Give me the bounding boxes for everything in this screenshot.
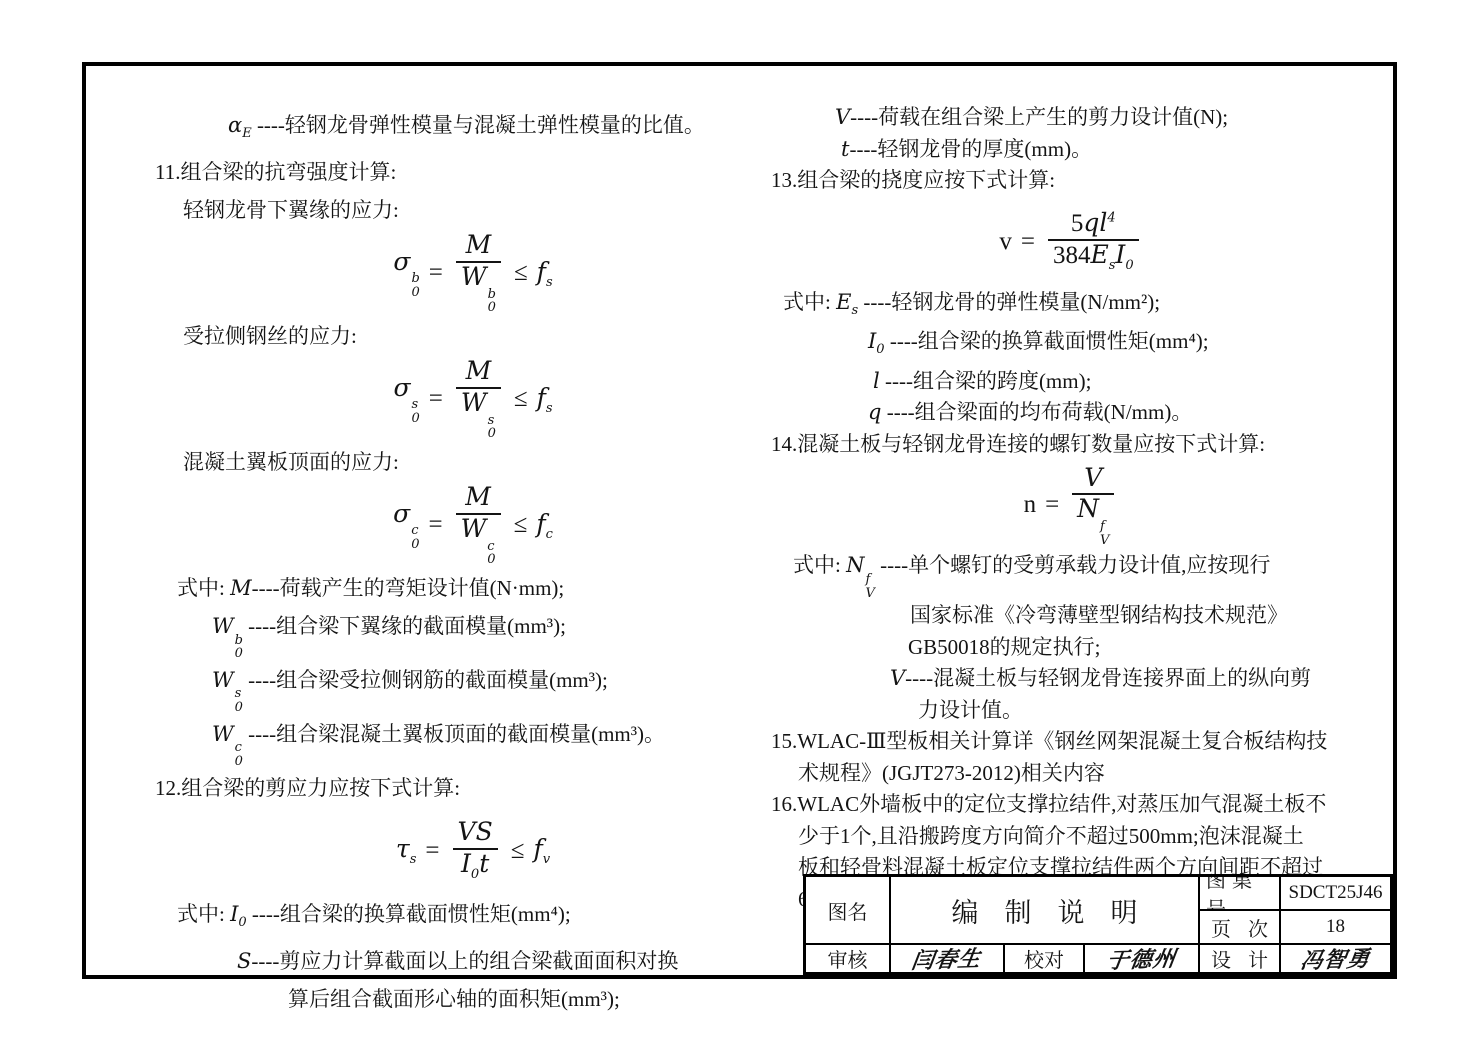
- text-run: ----轻钢龙骨的厚度(mm)。: [849, 137, 1092, 161]
- text-run: 5: [1071, 210, 1084, 237]
- comparison-sign: ≤: [514, 259, 528, 287]
- math-symbol: q: [1083, 208, 1099, 237]
- math-symbol: q: [868, 400, 881, 424]
- math-symbol: αE: [228, 113, 252, 137]
- signature-text: 冯智勇: [1299, 945, 1373, 972]
- math-symbol: t: [479, 849, 489, 878]
- text-line: V----混凝土板与轻钢龙骨连接界面上的纵向剪: [890, 663, 1374, 695]
- comparison-sign: ≤: [514, 385, 528, 413]
- designer-signature: 冯智勇: [1281, 945, 1390, 972]
- text-run: 受拉侧钢丝的应力:: [183, 324, 357, 348]
- text-run: ----混凝土板与轻钢龙骨连接界面上的纵向剪: [905, 666, 1311, 690]
- math-symbol: τs: [396, 834, 417, 867]
- drawing-title: 编制说明: [891, 877, 1200, 945]
- text-line: t----轻钢龙骨的厚度(mm)。: [841, 134, 1374, 166]
- text-run: 国家标准《冷弯薄壁型钢结构技术规范》: [910, 603, 1288, 627]
- equals-sign: =: [1021, 228, 1035, 256]
- math-symbol: fv: [533, 834, 550, 867]
- math-symbol: Es: [836, 290, 858, 314]
- text-line: 式中: NfV ----单个螺钉的受剪承载力设计值,应按现行: [793, 550, 1374, 600]
- math-symbol: Ws0: [461, 388, 496, 417]
- right-text-column: V----荷载在组合梁上产生的剪力设计值(N);t----轻钢龙骨的厚度(mm)…: [768, 102, 1374, 915]
- math-symbol: Es: [1091, 240, 1116, 269]
- text-line: 11.组合梁的抗弯强度计算:: [155, 153, 796, 191]
- text-run: ----荷载产生的弯矩设计值(N·mm);: [252, 576, 565, 600]
- math-symbol: σs0: [393, 373, 419, 426]
- text-run: 少于1个,且沿搬跨度方向简介不超过500mm;泡沫混凝土: [798, 824, 1304, 848]
- drawing-frame: αE ----轻钢龙骨弹性模量与混凝土弹性模量的比值。11.组合梁的抗弯强度计算…: [82, 62, 1397, 979]
- text-run: 式中:: [793, 553, 846, 577]
- text-run: 384: [1053, 242, 1091, 269]
- text-line: 国家标准《冷弯薄壁型钢结构技术规范》: [910, 600, 1374, 632]
- text-line: 15.WLAC-Ⅲ型板相关计算详《钢丝网架混凝土复合板结构技: [771, 726, 1374, 758]
- text-line: Wc0 ----组合梁混凝土翼板顶面的截面模量(mm³)。: [212, 715, 796, 769]
- math-symbol: l: [873, 369, 880, 393]
- text-line: 13.组合梁的挠度应按下式计算:: [771, 165, 1374, 197]
- text-run: ----单个螺钉的受剪承载力设计值,应按现行: [875, 553, 1270, 577]
- text-run: ----轻钢龙骨弹性模量与混凝土弹性模量的比值。: [252, 113, 705, 137]
- text-run: 式中:: [783, 290, 836, 314]
- text-line: Wb0 ----组合梁下翼缘的截面模量(mm³);: [212, 607, 796, 661]
- text-run: ----组合梁的跨度(mm);: [880, 369, 1092, 393]
- math-symbol: Ws0: [212, 668, 243, 692]
- page-number-value: 18: [1281, 911, 1390, 945]
- text-line: I0 ----组合梁的换算截面惯性矩(mm⁴);: [868, 326, 1374, 366]
- fraction: 5ql4384EsI0: [1048, 209, 1139, 274]
- text-run: 13.组合梁的挠度应按下式计算:: [771, 168, 1055, 192]
- math-symbol: I0: [230, 902, 247, 926]
- text-run: 轻钢龙骨下翼缘的应力:: [183, 198, 399, 222]
- text-line: 12.组合梁的剪应力应按下式计算:: [155, 769, 796, 807]
- left-text-column: αE ----轻钢龙骨弹性模量与混凝土弹性模量的比值。11.组合梁的抗弯强度计算…: [150, 106, 796, 1018]
- text-run: 式中:: [177, 902, 230, 926]
- math-symbol: M: [466, 356, 492, 385]
- math-symbol: fc: [536, 509, 553, 542]
- page: { "page": { "background": "#ffffff", "fr…: [0, 0, 1477, 1039]
- text-run: 式中:: [177, 576, 230, 600]
- text-run: 16.WLAC外墙板中的定位支撑拉结件,对蒸压加气混凝土板不: [771, 792, 1326, 816]
- math-symbol: I0: [868, 329, 885, 353]
- math-symbol: σc0: [393, 499, 419, 552]
- formula: n=VNfV: [768, 469, 1374, 541]
- text-run: 12.组合梁的剪应力应按下式计算:: [155, 776, 460, 800]
- text-run: 11.组合梁的抗弯强度计算:: [155, 160, 396, 184]
- equals-sign: =: [428, 511, 442, 539]
- math-symbol: Wb0: [461, 262, 496, 291]
- atlas-number-value: SDCT25J46: [1281, 877, 1390, 911]
- text-run: 15.WLAC-Ⅲ型板相关计算详《钢丝网架混凝土复合板结构技: [771, 729, 1327, 753]
- math-symbol: Wc0: [212, 722, 243, 746]
- proofreader-label: 校对: [1005, 945, 1085, 972]
- math-symbol: fs: [537, 257, 553, 290]
- text-run: ----组合梁的换算截面惯性矩(mm⁴);: [247, 902, 571, 926]
- math-symbol: Wb0: [212, 614, 243, 638]
- math-symbol: Wc0: [461, 514, 496, 543]
- text-run: 术规程》(JGJT273-2012)相关内容: [798, 761, 1105, 785]
- equals-sign: =: [429, 385, 443, 413]
- text-line: 力设计值。: [918, 695, 1374, 727]
- text-run: ----组合梁混凝土翼板顶面的截面模量(mm³)。: [243, 722, 665, 746]
- math-symbol: NfV: [1077, 494, 1109, 523]
- text-line: 式中: M----荷载产生的弯矩设计值(N·mm);: [177, 569, 796, 607]
- math-symbol: I0: [1115, 240, 1133, 269]
- text-line: q ----组合梁面的均布荷载(N/mm)。: [868, 397, 1374, 429]
- math-symbol: fs: [537, 383, 553, 416]
- text-line: 式中: Es ----轻钢龙骨的弹性模量(N/mm²);: [783, 287, 1374, 327]
- text-run: ----荷载在组合梁上产生的剪力设计值(N);: [850, 105, 1228, 129]
- formula: σb0=MWb0≤fs: [150, 236, 796, 310]
- comparison-sign: ≤: [514, 511, 528, 539]
- text-line: S----剪应力计算截面以上的组合梁截面面积对换: [237, 942, 796, 980]
- math-symbol: V: [890, 666, 905, 690]
- text-line: 16.WLAC外墙板中的定位支撑拉结件,对蒸压加气混凝土板不: [771, 789, 1374, 821]
- drawing-name-label: 图名: [806, 877, 891, 945]
- math-symbol: NfV: [846, 553, 875, 577]
- atlas-number-label: 图集号: [1200, 877, 1281, 911]
- text-line: 式中: I0 ----组合梁的换算截面惯性矩(mm⁴);: [177, 895, 796, 942]
- math-symbol: σb0: [393, 247, 419, 300]
- text-run: n: [1024, 491, 1037, 519]
- text-run: ----组合梁的换算截面惯性矩(mm⁴);: [885, 329, 1209, 353]
- comparison-sign: ≤: [511, 837, 525, 865]
- reviewer-label: 审核: [806, 945, 891, 972]
- math-symbol: S: [237, 949, 251, 973]
- text-line: V----荷载在组合梁上产生的剪力设计值(N);: [835, 102, 1374, 134]
- text-run: GB50018的规定执行;: [908, 635, 1101, 659]
- text-line: 受拉侧钢丝的应力:: [183, 317, 796, 355]
- text-run: 14.混凝土板与轻钢龙骨连接的螺钉数量应按下式计算:: [771, 432, 1265, 456]
- text-line: Ws0 ----组合梁受拉侧钢筋的截面模量(mm³);: [212, 661, 796, 715]
- reviewer-signature: 闫春生: [891, 945, 1005, 972]
- text-line: 14.混凝土板与轻钢龙骨连接的螺钉数量应按下式计算:: [771, 429, 1374, 461]
- text-line: 少于1个,且沿搬跨度方向简介不超过500mm;泡沫混凝土: [798, 821, 1374, 853]
- text-run: ----组合梁面的均布荷载(N/mm)。: [881, 400, 1192, 424]
- text-run: v: [999, 228, 1012, 256]
- math-symbol: M: [230, 576, 252, 600]
- math-symbol: l4: [1099, 208, 1115, 237]
- math-symbol: VS: [458, 817, 493, 846]
- text-line: 术规程》(JGJT273-2012)相关内容: [798, 758, 1374, 790]
- text-line: GB50018的规定执行;: [908, 632, 1374, 664]
- signature-text: 闫春生: [910, 945, 984, 972]
- text-line: 混凝土翼板顶面的应力:: [183, 443, 796, 481]
- text-line: l ----组合梁的跨度(mm);: [873, 366, 1374, 398]
- text-run: 力设计值。: [918, 698, 1023, 722]
- text-line: 轻钢龙骨下翼缘的应力:: [183, 191, 796, 229]
- fraction: VNfV: [1072, 464, 1114, 548]
- text-run: ----剪应力计算截面以上的组合梁截面面积对换: [251, 949, 678, 973]
- proofreader-signature: 于德州: [1085, 945, 1200, 972]
- equals-sign: =: [1045, 491, 1059, 519]
- text-run: ----组合梁下翼缘的截面模量(mm³);: [243, 614, 566, 638]
- math-symbol: V: [835, 105, 850, 129]
- formula: σc0=MWc0≤fc: [150, 488, 796, 562]
- fraction: MWb0: [456, 231, 501, 315]
- formula: v=5ql4384EsI0: [768, 206, 1374, 278]
- text-line: αE ----轻钢龙骨弹性模量与混凝土弹性模量的比值。: [228, 106, 796, 153]
- equals-sign: =: [429, 259, 443, 287]
- fraction: MWs0: [456, 357, 501, 441]
- designer-label: 设 计: [1200, 945, 1281, 972]
- page-number-label: 页 次: [1200, 911, 1281, 945]
- signature-text: 于德州: [1105, 945, 1179, 972]
- fraction: VSI0t: [453, 818, 498, 883]
- text-line: 算后组合截面形心轴的面积矩(mm³);: [288, 980, 796, 1018]
- math-symbol: I0: [461, 849, 479, 878]
- text-run: 算后组合截面形心轴的面积矩(mm³);: [288, 987, 620, 1011]
- math-symbol: M: [466, 230, 492, 259]
- title-block-table: 图名 编制说明 图集号 SDCT25J46 页 次 18 审核 闫春生 校对 于…: [803, 874, 1393, 975]
- text-run: 混凝土翼板顶面的应力:: [183, 450, 399, 474]
- math-symbol: M: [465, 482, 491, 511]
- fraction: MWc0: [456, 483, 501, 567]
- text-run: ----组合梁受拉侧钢筋的截面模量(mm³);: [243, 668, 608, 692]
- math-symbol: V: [1084, 463, 1102, 492]
- formula: τs=VSI0t≤fv: [150, 814, 796, 888]
- formula: σs0=MWs0≤fs: [150, 362, 796, 436]
- equals-sign: =: [425, 837, 439, 865]
- text-run: ----轻钢龙骨的弹性模量(N/mm²);: [858, 290, 1160, 314]
